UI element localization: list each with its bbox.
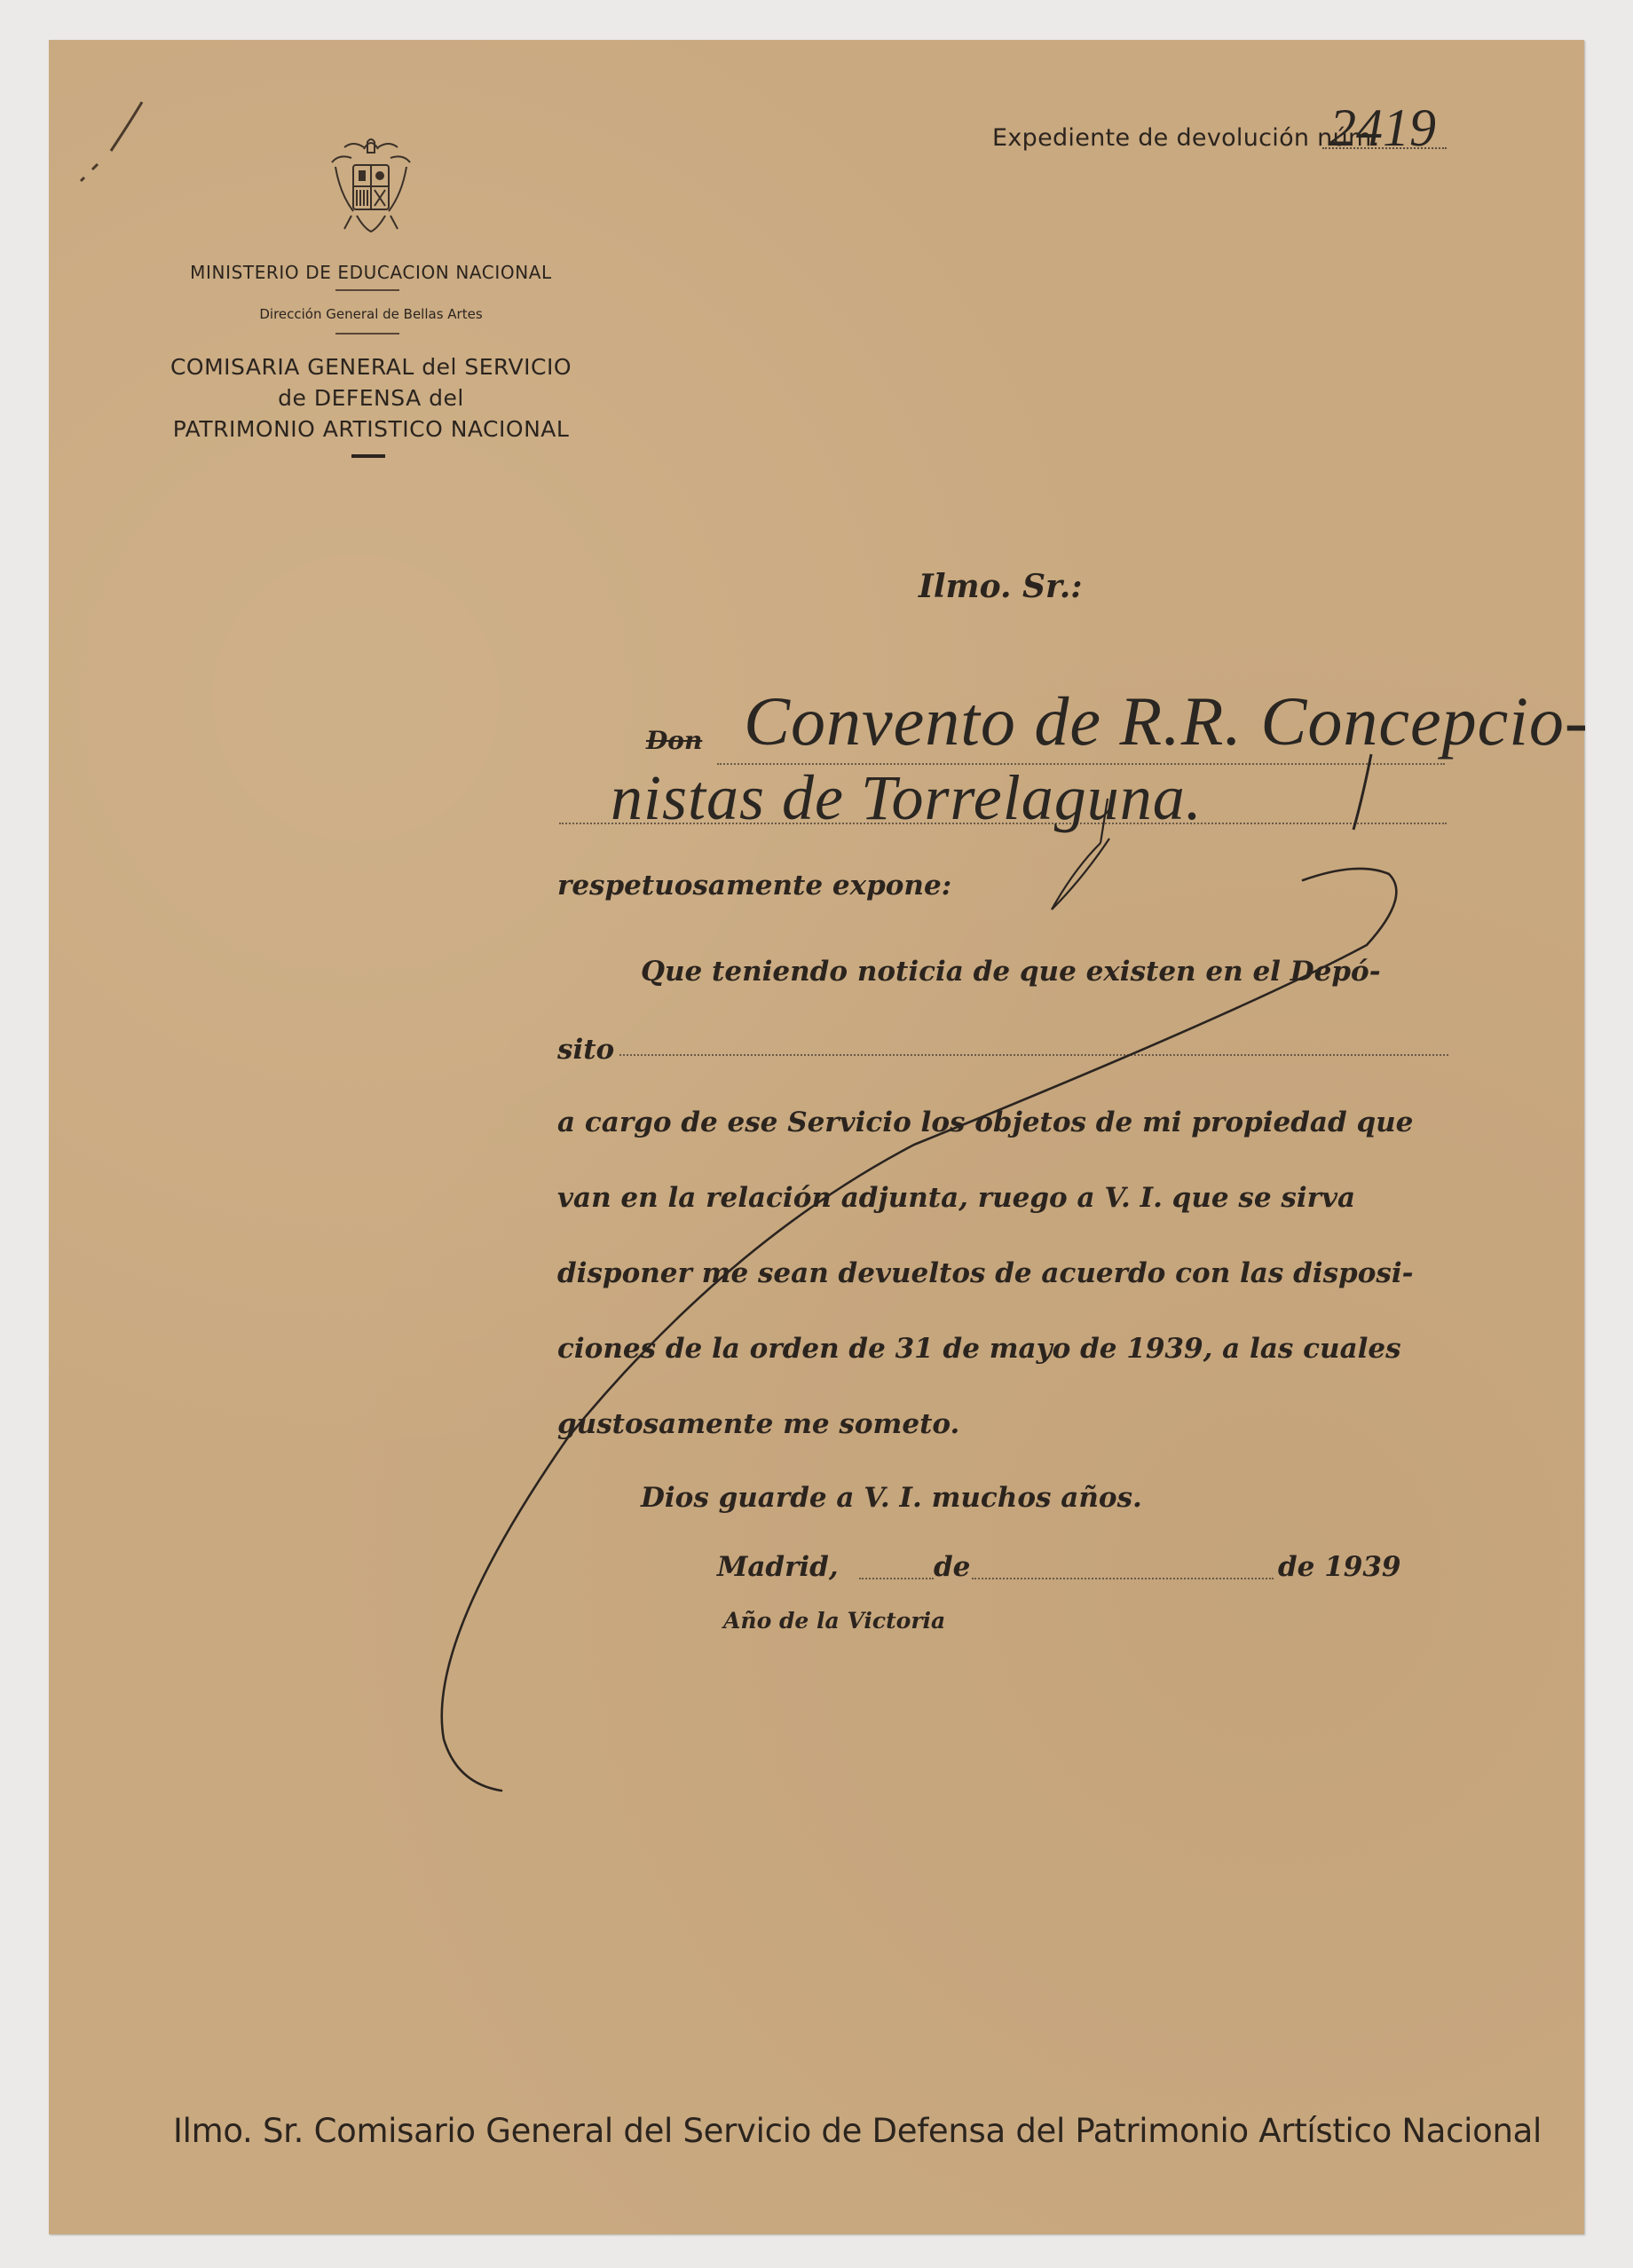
handwritten-cancellation-stroke <box>0 0 1633 2268</box>
